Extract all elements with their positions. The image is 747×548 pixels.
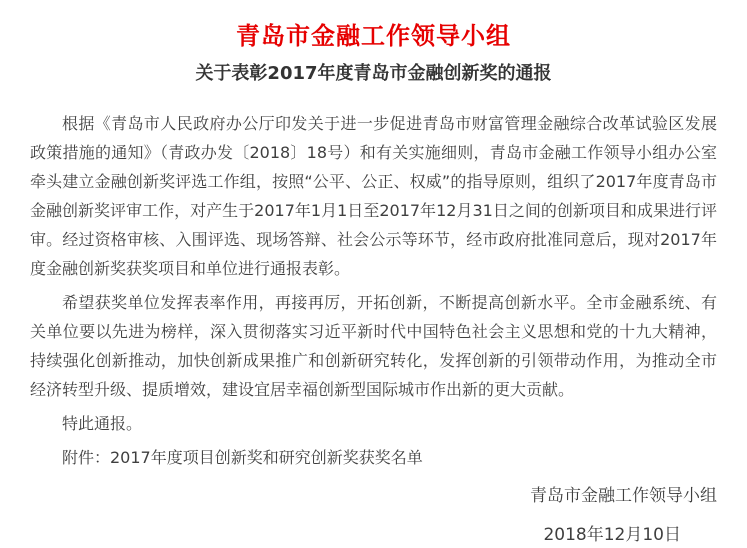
attachment-line: 附件：2017年度项目创新奖和研究创新奖获奖名单 [30, 443, 717, 472]
document-page: 青岛市金融工作领导小组 关于表彰2017年度青岛市金融创新奖的通报 根据《青岛市… [0, 0, 747, 548]
paragraph-closing: 特此通报。 [30, 409, 717, 438]
document-body: 根据《青岛市人民政府办公厅印发关于进一步促进青岛市财富管理金融综合改革试验区发展… [30, 109, 717, 472]
paragraph-expectation: 希望获奖单位发挥表率作用，再接再厉，开拓创新，不断提高创新水平。全市金融系统、有… [30, 288, 717, 404]
document-title: 青岛市金融工作领导小组 [30, 22, 717, 50]
signature-name: 青岛市金融工作领导小组 [30, 482, 717, 511]
signature-date: 2018年12月10日 [30, 521, 717, 548]
document-subtitle: 关于表彰2017年度青岛市金融创新奖的通报 [30, 63, 717, 85]
paragraph-basis: 根据《青岛市人民政府办公厅印发关于进一步促进青岛市财富管理金融综合改革试验区发展… [30, 109, 717, 283]
